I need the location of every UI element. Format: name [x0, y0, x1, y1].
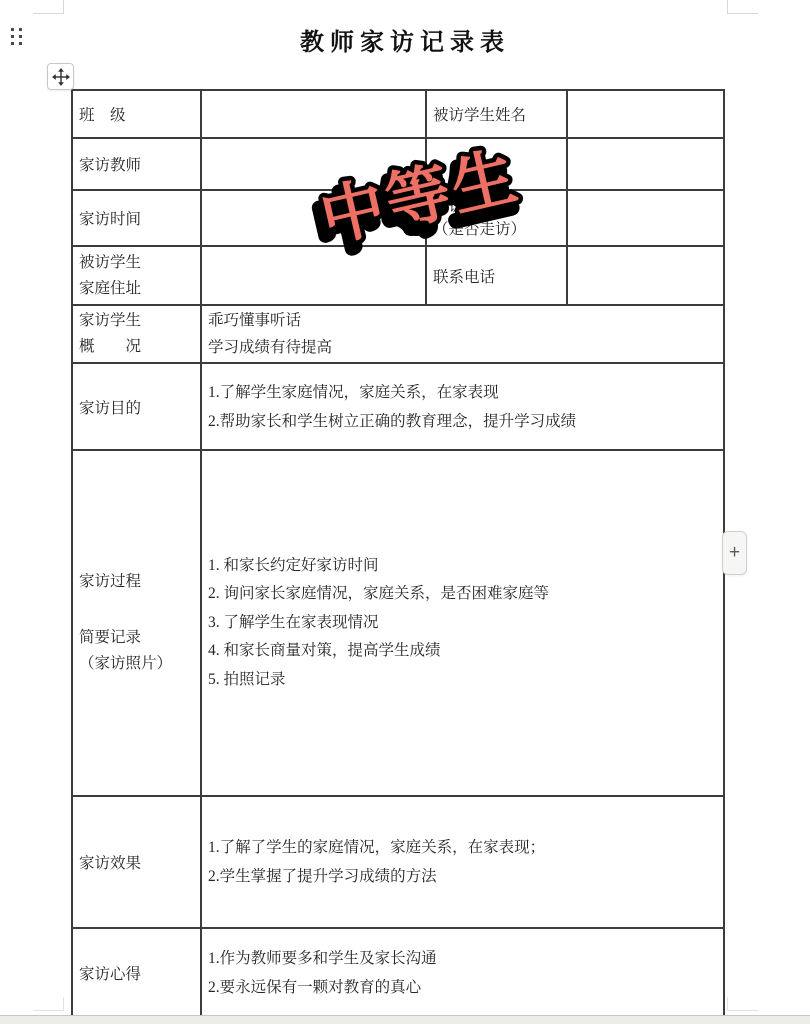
field-label-visit-process: 家访过程 简要记录 （家访照片）: [72, 450, 201, 796]
field-value-visit-method[interactable]: [567, 190, 724, 246]
table-row: 家访效果 1.了解了学生的家庭情况，家庭关系，在家表现； 2.学生掌握了提升学习…: [72, 796, 724, 928]
field-value-student-overview[interactable]: 乖巧懂事听话 学习成绩有待提高: [201, 305, 724, 363]
field-value-visit-process[interactable]: 1. 和家长约定好家访时间 2. 询问家长家庭情况，家庭关系，是否困难家庭等 3…: [201, 450, 724, 796]
table-row: 家访目的 1.了解学生家庭情况，家庭关系，在家表现 2.帮助家长和学生树立正确的…: [72, 363, 724, 450]
table-row: 家访心得 1.作为教师要多和学生及家长沟通 2.要永远保有一颗对教育的真心: [72, 928, 724, 1017]
field-value-visit-purpose[interactable]: 1.了解学生家庭情况，家庭关系，在家表现 2.帮助家长和学生树立正确的教育理念，…: [201, 363, 724, 450]
margin-mark-bottom-left: [33, 997, 64, 1011]
field-label-visit-reflection: 家访心得: [72, 928, 201, 1017]
table-row: 家访过程 简要记录 （家访照片） 1. 和家长约定好家访时间 2. 询问家长家庭…: [72, 450, 724, 796]
field-label-home-address: 被访学生 家庭住址: [72, 246, 201, 305]
plus-icon: +: [729, 542, 740, 564]
move-icon: [52, 68, 70, 86]
margin-mark-top-left: [33, 0, 64, 14]
page-title: 教师家访记录表: [0, 22, 810, 57]
field-label-student-overview: 家访学生 概 况: [72, 305, 201, 363]
field-label-visit-effect: 家访效果: [72, 796, 201, 928]
margin-mark-bottom-right: [727, 997, 758, 1011]
page-bottom-gap: [0, 1015, 810, 1024]
field-value-phone[interactable]: [567, 246, 724, 305]
margin-mark-top-right: [727, 0, 758, 14]
grade-level-sticker[interactable]: 中等生 中等生: [278, 122, 568, 277]
field-label-visit-time: 家访时间: [72, 190, 201, 246]
field-value-covered[interactable]: [567, 138, 724, 190]
field-value-student-name[interactable]: [567, 90, 724, 138]
add-row-button[interactable]: +: [722, 531, 747, 575]
table-move-handle[interactable]: [47, 63, 74, 90]
field-value-visit-reflection[interactable]: 1.作为教师要多和学生及家长沟通 2.要永远保有一颗对教育的真心: [201, 928, 724, 1017]
field-label-teacher: 家访教师: [72, 138, 201, 190]
field-label-class: 班 级: [72, 90, 201, 138]
field-value-visit-effect[interactable]: 1.了解了学生的家庭情况，家庭关系，在家表现； 2.学生掌握了提升学习成绩的方法: [201, 796, 724, 928]
table-row: 家访学生 概 况 乖巧懂事听话 学习成绩有待提高: [72, 305, 724, 363]
field-label-visit-purpose: 家访目的: [72, 363, 201, 450]
